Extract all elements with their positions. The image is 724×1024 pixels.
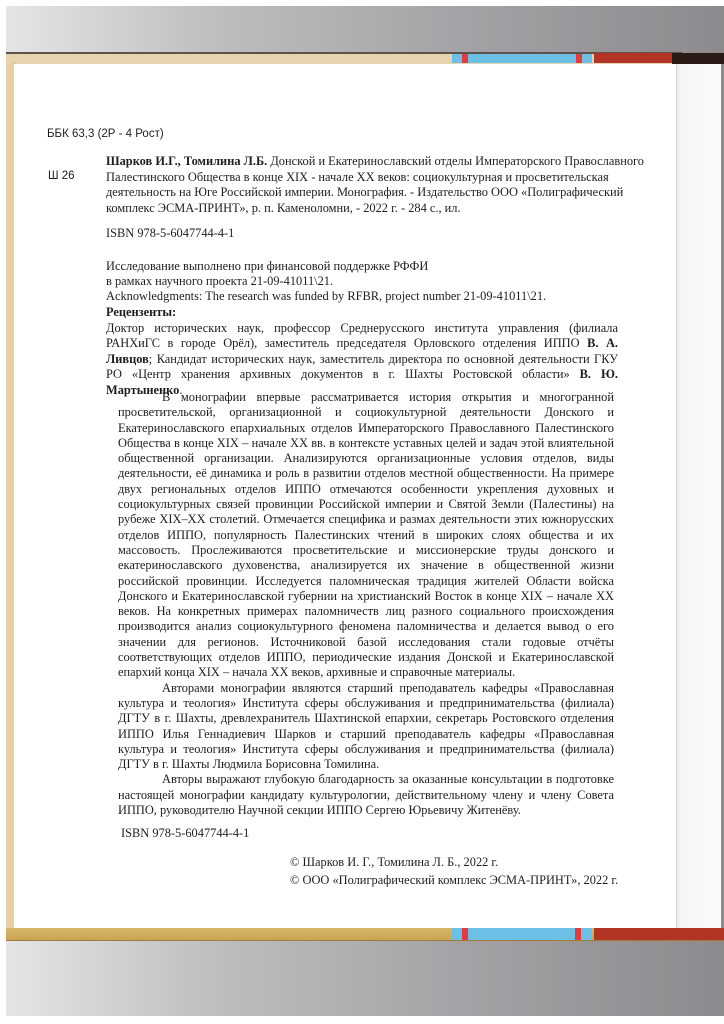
isbn-bottom: ISBN 978-5-6047744-4-1 bbox=[121, 826, 249, 841]
authors: Шарков И.Г., Томилина Л.Б. bbox=[106, 154, 267, 168]
abstract: В монографии впервые рассматривается ист… bbox=[118, 390, 614, 818]
copyright-block: © Шарков И. Г., Томилина Л. Б., 2022 г. … bbox=[290, 853, 618, 889]
reviewers-section: Рецензенты: Доктор исторических наук, пр… bbox=[106, 305, 618, 398]
reviewer-2-text: Кандидат исторических наук, заместитель … bbox=[106, 352, 618, 382]
reviewer-1-text: Доктор исторических наук, профессор Сред… bbox=[106, 321, 618, 351]
copyright-authors: © Шарков И. Г., Томилина Л. Б., 2022 г. bbox=[290, 853, 618, 871]
funding-note: Исследование выполнено при финансовой по… bbox=[106, 259, 636, 305]
bibliographic-record: Шарков И.Г., Томилина Л.Б. Донской и Ека… bbox=[106, 154, 646, 216]
funding-line-2: в рамках научного проекта 21-09-41011\21… bbox=[106, 274, 636, 289]
reviewers-heading: Рецензенты: bbox=[106, 305, 618, 321]
acknowledgment-paragraph: Авторы выражают глубокую благодарность з… bbox=[118, 772, 614, 818]
funding-line-1: Исследование выполнено при финансовой по… bbox=[106, 259, 636, 274]
abstract-paragraph: В монографии впервые рассматривается ист… bbox=[118, 390, 614, 681]
funding-line-3: Acknowledgments: The research was funded… bbox=[106, 289, 636, 304]
copyright-publisher: © ООО «Полиграфический комплекс ЭСМА-ПРИ… bbox=[290, 871, 618, 889]
isbn-top: ISBN 978-5-6047744-4-1 bbox=[106, 226, 234, 241]
bbk-classification: ББК 63,3 (2Р - 4 Рост) bbox=[47, 128, 164, 140]
imprint-page-text: ББК 63,3 (2Р - 4 Рост) Ш 26 Шарков И.Г.,… bbox=[0, 0, 724, 1024]
author-code: Ш 26 bbox=[48, 170, 75, 182]
authors-paragraph: Авторами монографии являются старший пре… bbox=[118, 681, 614, 773]
